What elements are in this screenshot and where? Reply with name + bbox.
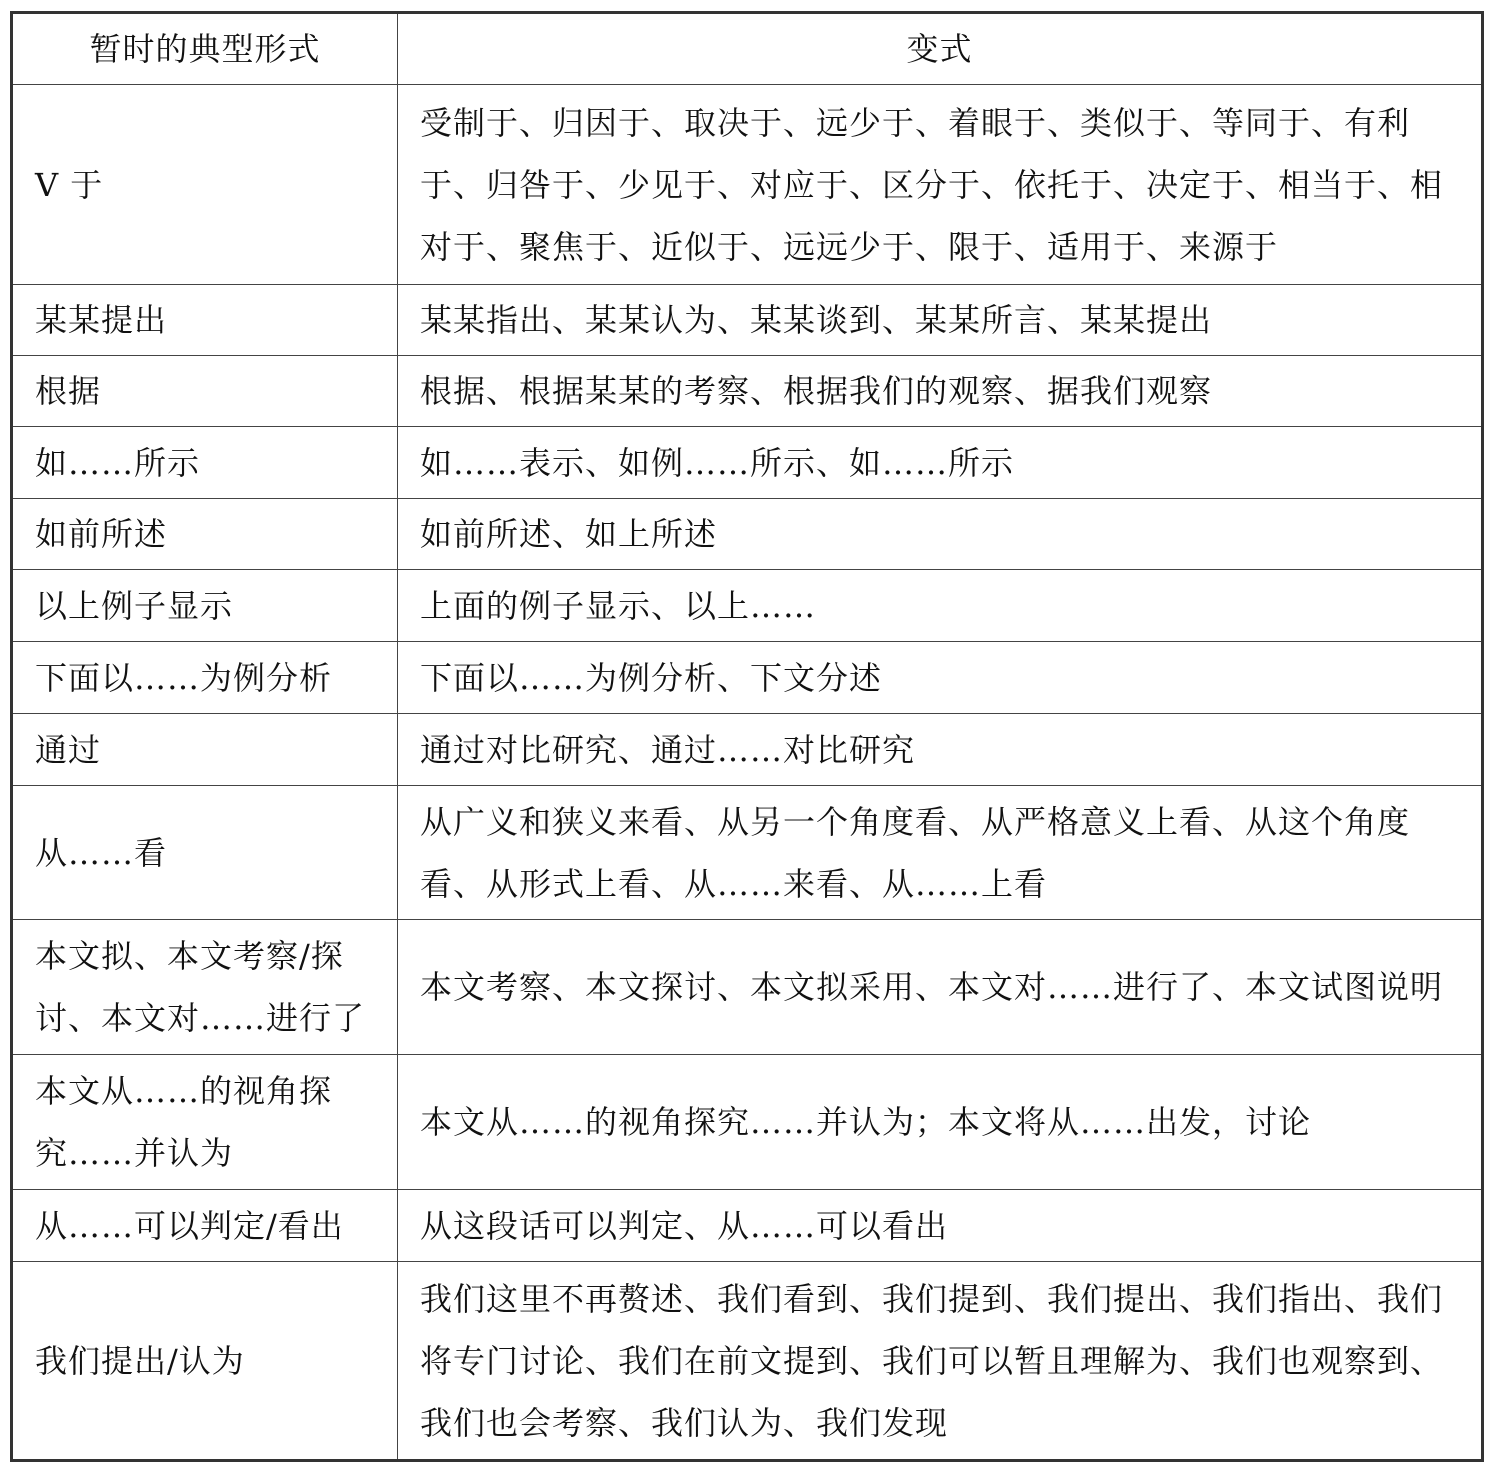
variants-cell: 本文考察、本文探讨、本文拟采用、本文对……进行了、本文试图说明: [398, 920, 1483, 1055]
variants-cell: 某某指出、某某认为、某某谈到、某某所言、某某提出: [398, 285, 1483, 356]
header-typical-form: 暂时的典型形式: [12, 13, 398, 85]
table-row: 如……所示 如……表示、如例……所示、如……所示: [12, 427, 1483, 499]
variants-cell: 下面以……为例分析、下文分述: [398, 642, 1483, 714]
table-row: 某某提出 某某指出、某某认为、某某谈到、某某所言、某某提出: [12, 285, 1483, 356]
typical-form-cell: 通过: [12, 714, 398, 786]
typical-form-cell: 从……看: [12, 786, 398, 920]
variants-cell: 通过对比研究、通过……对比研究: [398, 714, 1483, 786]
table-row: 本文拟、本文考察/探讨、本文对……进行了 本文考察、本文探讨、本文拟采用、本文对…: [12, 920, 1483, 1055]
expression-variants-table: 暂时的典型形式 变式 V 于 受制于、归因于、取决于、远少于、着眼于、类似于、等…: [10, 11, 1484, 1462]
table-row: 根据 根据、根据某某的考察、根据我们的观察、据我们观察: [12, 356, 1483, 427]
typical-form-cell: 以上例子显示: [12, 570, 398, 642]
variants-cell: 从这段话可以判定、从……可以看出: [398, 1190, 1483, 1262]
table-row: 从……看 从广义和狭义来看、从另一个角度看、从严格意义上看、从这个角度看、从形式…: [12, 786, 1483, 920]
variants-cell: 我们这里不再赘述、我们看到、我们提到、我们提出、我们指出、我们将专门讨论、我们在…: [398, 1262, 1483, 1461]
typical-form-cell: 如前所述: [12, 499, 398, 570]
table-row: 下面以……为例分析 下面以……为例分析、下文分述: [12, 642, 1483, 714]
typical-form-cell: 本文从……的视角探究……并认为: [12, 1055, 398, 1190]
table-row: 如前所述 如前所述、如上所述: [12, 499, 1483, 570]
header-variants: 变式: [398, 13, 1483, 85]
typical-form-cell: 根据: [12, 356, 398, 427]
variants-cell: 本文从……的视角探究……并认为；本文将从……出发，讨论: [398, 1055, 1483, 1190]
variants-cell: 从广义和狭义来看、从另一个角度看、从严格意义上看、从这个角度看、从形式上看、从……: [398, 786, 1483, 920]
table-row: 我们提出/认为 我们这里不再赘述、我们看到、我们提到、我们提出、我们指出、我们将…: [12, 1262, 1483, 1461]
variants-cell: 如前所述、如上所述: [398, 499, 1483, 570]
variants-cell: 根据、根据某某的考察、根据我们的观察、据我们观察: [398, 356, 1483, 427]
variants-cell: 如……表示、如例……所示、如……所示: [398, 427, 1483, 499]
table-row: 从……可以判定/看出 从这段话可以判定、从……可以看出: [12, 1190, 1483, 1262]
typical-form-cell: 我们提出/认为: [12, 1262, 398, 1461]
table-row: 本文从……的视角探究……并认为 本文从……的视角探究……并认为；本文将从……出发…: [12, 1055, 1483, 1190]
typical-form-cell: 本文拟、本文考察/探讨、本文对……进行了: [12, 920, 398, 1055]
table-row: 通过 通过对比研究、通过……对比研究: [12, 714, 1483, 786]
typical-form-cell: 从……可以判定/看出: [12, 1190, 398, 1262]
typical-form-cell: 某某提出: [12, 285, 398, 356]
typical-form-cell: 下面以……为例分析: [12, 642, 398, 714]
typical-form-cell: V 于: [12, 85, 398, 285]
header-row: 暂时的典型形式 变式: [12, 13, 1483, 85]
variants-cell: 受制于、归因于、取决于、远少于、着眼于、类似于、等同于、有利于、归咎于、少见于、…: [398, 85, 1483, 285]
typical-form-cell: 如……所示: [12, 427, 398, 499]
table-row: V 于 受制于、归因于、取决于、远少于、着眼于、类似于、等同于、有利于、归咎于、…: [12, 85, 1483, 285]
variants-cell: 上面的例子显示、以上……: [398, 570, 1483, 642]
table-row: 以上例子显示 上面的例子显示、以上……: [12, 570, 1483, 642]
